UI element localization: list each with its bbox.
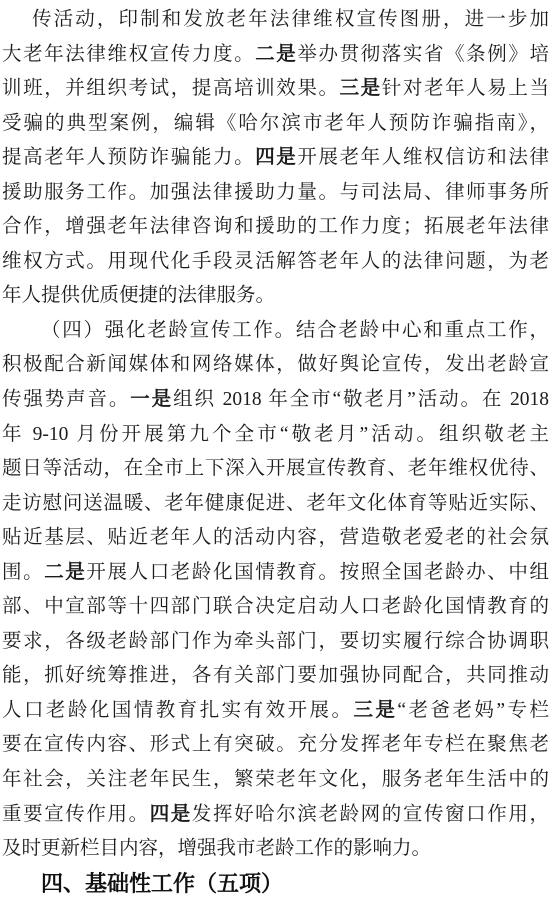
text-line: 传活动，印制和发放老年法律维权宣传图册，进一步加	[2, 3, 549, 38]
text-run: 围。	[2, 562, 44, 583]
text-run: 组织 2018 年全市“敬老月”活动。在 2018	[173, 389, 549, 410]
text-run: 及时更新栏目内容，增强我市老龄工作的影响力。	[2, 838, 431, 859]
text-run: 重要宣传作用。	[2, 804, 150, 825]
text-line: 年人提供优质便捷的法律服务。	[2, 279, 549, 314]
text-run: （四）强化老龄宣传工作。结合老龄中心和重点工作，	[41, 320, 549, 341]
text-run: 开展老年人维权信访和法律	[297, 147, 549, 168]
text-run: 贴近基层、贴近老年人的活动内容，营造敬老爱老的社会氛	[2, 527, 549, 548]
text-line: 年 9-10 月份开展第九个全市“敬老月”活动。组织敬老主	[2, 418, 549, 453]
text-run: 要求，各级老龄部门作为牵头部门，要切实履行综合协调职	[2, 631, 549, 652]
emphasis-run: 一是	[130, 389, 173, 410]
text-line: 及时更新栏目内容，增强我市老龄工作的影响力。	[2, 832, 549, 867]
text-line: 大老年法律维权宣传力度。二是举办贯彻落实省《条例》培	[2, 38, 549, 73]
emphasis-run: 四、基础性工作（五项）	[41, 871, 283, 896]
text-line: 题日等活动，在全市上下深入开展宣传教育、老年维权优待、	[2, 452, 549, 487]
text-run: 针对老年人易上当	[382, 78, 549, 99]
text-run: 走访慰问送温暖、老年健康促进、老年文化体育等贴近实际、	[2, 493, 549, 514]
text-line: 年社会，关注老年民生，繁荣老年文化，服务老年生活中的	[2, 763, 549, 798]
text-line: 走访慰问送温暖、老年健康促进、老年文化体育等贴近实际、	[2, 487, 549, 522]
text-line: 提高老年人预防诈骗能力。四是开展老年人维权信访和法律	[2, 141, 549, 176]
text-run: 题日等活动，在全市上下深入开展宣传教育、老年维权优待、	[2, 458, 549, 479]
document-body: 传活动，印制和发放老年法律维权宣传图册，进一步加大老年法律维权宣传力度。二是举办…	[2, 3, 549, 901]
text-run: 年社会，关注老年民生，繁荣老年文化，服务老年生活中的	[2, 769, 549, 790]
emphasis-run: 二是	[255, 44, 297, 65]
text-run: 传活动，印制和发放老年法律维权宣传图册，进一步加	[32, 9, 549, 30]
section-heading: 四、基础性工作（五项）	[2, 867, 549, 901]
text-line: 要求，各级老龄部门作为牵头部门，要切实履行综合协调职	[2, 625, 549, 660]
text-run: 开展人口老龄化国情教育。按照全国老龄办、中组	[86, 562, 549, 583]
text-run: 训班，并组织考试，提高培训效果。	[2, 78, 340, 99]
text-run: 要在宣传内容、形式上有突破。充分发挥老年专栏在聚焦老	[2, 734, 549, 755]
text-line: 援助服务工作。加强法律援助力量。与司法局、律师事务所	[2, 176, 549, 211]
text-line: 传强势声音。一是组织 2018 年全市“敬老月”活动。在 2018	[2, 383, 549, 418]
text-run: 积极配合新闻媒体和网络媒体，做好舆论宣传，发出老龄宣	[2, 354, 549, 375]
document-page: 传活动，印制和发放老年法律维权宣传图册，进一步加大老年法律维权宣传力度。二是举办…	[0, 0, 554, 901]
text-run: 援助服务工作。加强法律援助力量。与司法局、律师事务所	[2, 182, 549, 203]
text-run: 能，抓好统筹推进，各有关部门要加强协同配合，共同推动	[2, 665, 549, 686]
text-run: 年人提供优质便捷的法律服务。	[2, 285, 275, 306]
text-line: 重要宣传作用。四是发挥好哈尔滨老龄网的宣传窗口作用，	[2, 798, 549, 833]
text-line: 维权方式。用现代化手段灵活解答老年人的法律问题，为老	[2, 245, 549, 280]
text-run: 提高老年人预防诈骗能力。	[2, 147, 255, 168]
text-run: 受骗的典型案例，编辑《哈尔滨市老年人预防诈骗指南》，	[2, 113, 549, 134]
text-line: 围。二是开展人口老龄化国情教育。按照全国老龄办、中组	[2, 556, 549, 591]
text-line: 训班，并组织考试，提高培训效果。三是针对老年人易上当	[2, 72, 549, 107]
emphasis-run: 三是	[353, 700, 397, 721]
text-line: 贴近基层、贴近老年人的活动内容，营造敬老爱老的社会氛	[2, 521, 549, 556]
emphasis-run: 二是	[44, 562, 86, 583]
text-line: 受骗的典型案例，编辑《哈尔滨市老年人预防诈骗指南》，	[2, 107, 549, 142]
text-line: 部、中宣部等十四部门联合决定启动人口老龄化国情教育的	[2, 590, 549, 625]
emphasis-run: 四是	[255, 147, 297, 168]
text-run: “老爸老妈”专栏	[397, 700, 549, 721]
text-line: 要在宣传内容、形式上有突破。充分发挥老年专栏在聚焦老	[2, 728, 549, 763]
text-run: 大老年法律维权宣传力度。	[2, 44, 255, 65]
emphasis-run: 三是	[340, 78, 382, 99]
text-run: 发挥好哈尔滨老龄网的宣传窗口作用，	[192, 804, 549, 825]
text-run: 合作，增强老年法律咨询和援助的工作力度；拓展老年法律	[2, 216, 549, 237]
text-run: 部、中宣部等十四部门联合决定启动人口老龄化国情教育的	[2, 596, 549, 617]
emphasis-run: 四是	[150, 804, 192, 825]
text-line: （四）强化老龄宣传工作。结合老龄中心和重点工作，	[2, 314, 549, 349]
text-run: 人口老龄化国情教育扎实有效开展。	[2, 700, 353, 721]
text-line: 积极配合新闻媒体和网络媒体，做好舆论宣传，发出老龄宣	[2, 348, 549, 383]
text-line: 人口老龄化国情教育扎实有效开展。三是“老爸老妈”专栏	[2, 694, 549, 729]
text-run: 传强势声音。	[2, 389, 130, 410]
text-run: 维权方式。用现代化手段灵活解答老年人的法律问题，为老	[2, 251, 549, 272]
text-run: 举办贯彻落实省《条例》培	[297, 44, 549, 65]
text-line: 能，抓好统筹推进，各有关部门要加强协同配合，共同推动	[2, 659, 549, 694]
text-line: 合作，增强老年法律咨询和援助的工作力度；拓展老年法律	[2, 210, 549, 245]
text-run: 年 9-10 月份开展第九个全市“敬老月”活动。组织敬老主	[2, 424, 549, 445]
